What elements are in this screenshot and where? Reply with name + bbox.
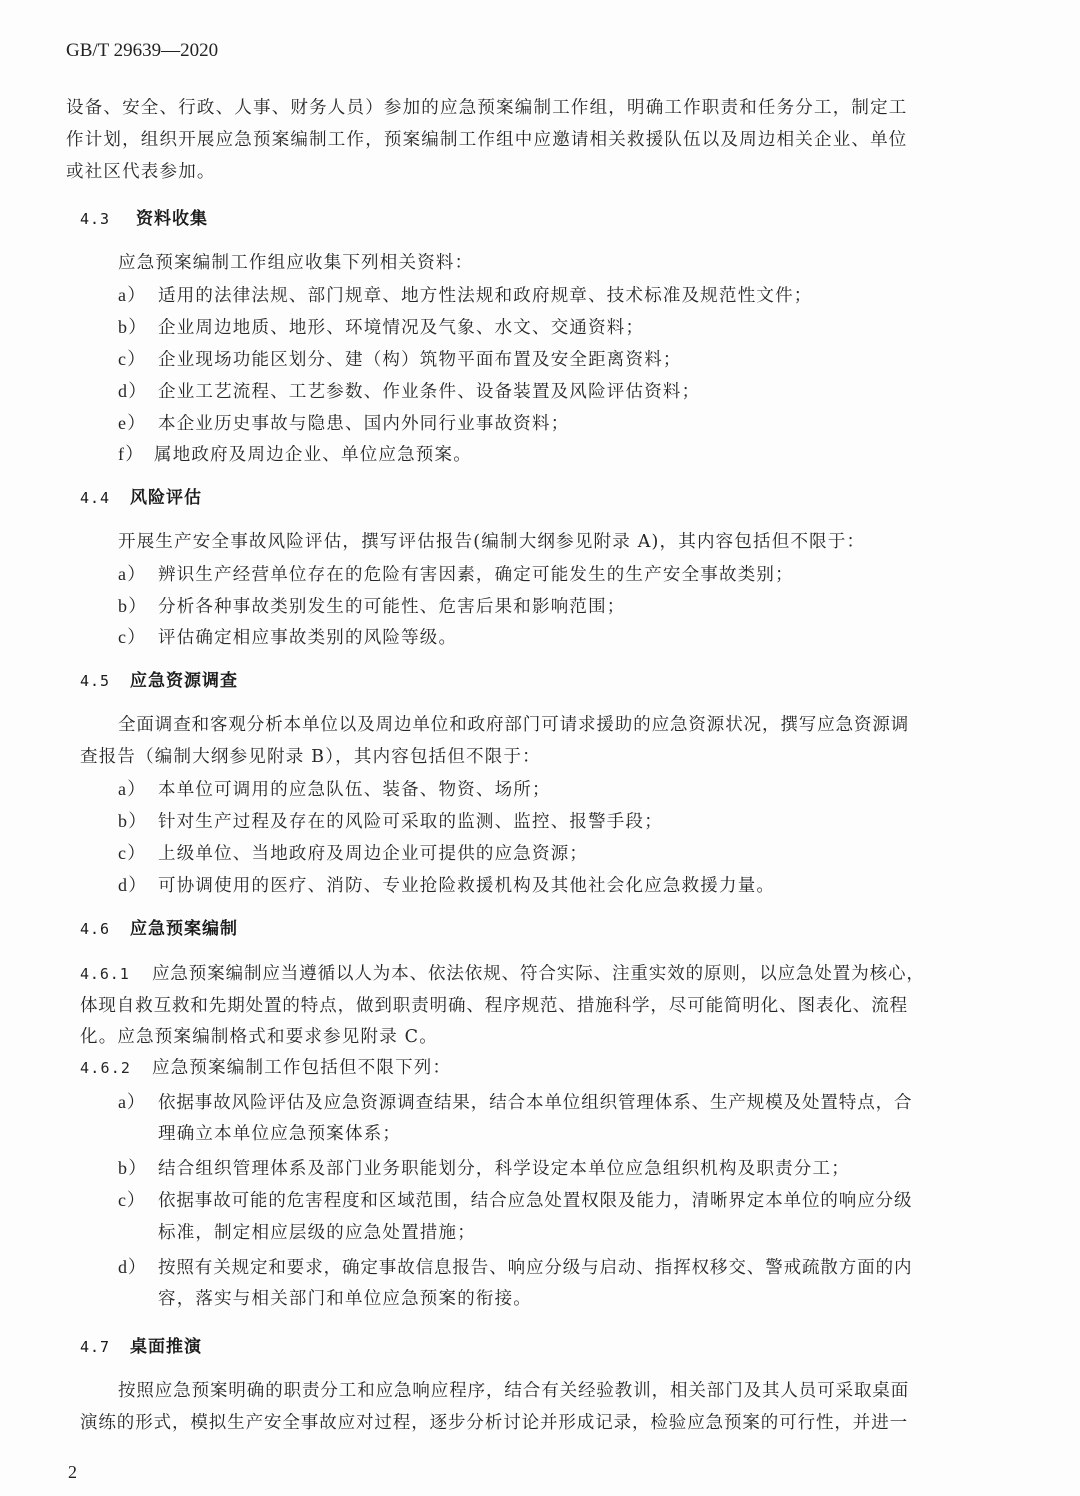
section-number: 4.6 bbox=[80, 920, 130, 938]
section-title: 应急资源调查 bbox=[130, 671, 238, 691]
list-item: a）适用的法律法规、部门规章、地方性法规和政府规章、技术标准及规范性文件； bbox=[118, 281, 813, 307]
list-item: c）依据事故可能的危害程度和区域范围，结合应急处置权限及能力，清晰界定本单位的响… bbox=[118, 1186, 912, 1212]
list-item: b）分析各种事故类别发生的可能性、危害后果和影响范围； bbox=[118, 592, 626, 618]
subclause-number: 4.6.2 bbox=[80, 1059, 152, 1077]
list-item-continuation: 标准，制定相应层级的应急处置措施； bbox=[158, 1219, 476, 1244]
page-number: 2 bbox=[68, 1462, 77, 1483]
list-item: c）评估确定相应事故类别的风险等级。 bbox=[118, 623, 457, 649]
section-heading-4-3: 4.3资料收集 bbox=[80, 204, 208, 229]
section-4-7-line-1: 按照应急预案明确的职责分工和应急响应程序，结合有关经验教训，相关部门及其人员可采… bbox=[118, 1377, 909, 1402]
section-title: 桌面推演 bbox=[130, 1337, 202, 1357]
list-item: a）辨识生产经营单位存在的危险有害因素，确定可能发生的生产安全事故类别； bbox=[118, 560, 794, 586]
section-4-5-lead-line-1: 全面调查和客观分析本单位以及周边单位和政府部门可请求援助的应急资源状况，撰写应急… bbox=[118, 711, 909, 736]
subclause-4-6-1-line-2: 体现自救互救和先期处置的特点，做到职责明确、程序规范、措施科学，尽可能简明化、图… bbox=[80, 992, 908, 1017]
list-item: a）本单位可调用的应急队伍、装备、物资、场所； bbox=[118, 775, 551, 801]
section-number: 4.3 bbox=[80, 210, 136, 228]
list-item: e）本企业历史事故与隐患、国内外同行业事故资料； bbox=[118, 409, 569, 435]
list-item: f）属地政府及周边企业、单位应急预案。 bbox=[118, 440, 472, 466]
section-title: 风险评估 bbox=[130, 488, 202, 508]
section-heading-4-4: 4.4风险评估 bbox=[80, 483, 202, 508]
section-heading-4-7: 4.7桌面推演 bbox=[80, 1332, 202, 1357]
section-title: 资料收集 bbox=[136, 209, 208, 229]
subclause-4-6-1-line-3: 化。应急预案编制格式和要求参见附录 C。 bbox=[80, 1023, 438, 1048]
list-item: b）企业周边地质、地形、环境情况及气象、水文、交通资料； bbox=[118, 313, 644, 339]
list-item-continuation: 容，落实与相关部门和单位应急预案的衔接。 bbox=[158, 1285, 532, 1310]
list-item: b）结合组织管理体系及部门业务职能划分，科学设定本单位应急组织机构及职责分工； bbox=[118, 1154, 850, 1180]
list-item-continuation: 理确立本单位应急预案体系； bbox=[158, 1120, 401, 1145]
subclause-number: 4.6.1 bbox=[80, 965, 152, 983]
section-4-4-lead: 开展生产安全事故风险评估，撰写评估报告(编制大纲参见附录 A)，其内容包括但不限… bbox=[118, 528, 865, 553]
section-number: 4.5 bbox=[80, 672, 130, 690]
list-item: c）企业现场功能区划分、建（构）筑物平面布置及安全距离资料； bbox=[118, 345, 682, 371]
standard-code: GB/T 29639—2020 bbox=[66, 40, 218, 62]
list-item: b）针对生产过程及存在的风险可采取的监测、监控、报警手段； bbox=[118, 807, 663, 833]
section-heading-4-5: 4.5应急资源调查 bbox=[80, 666, 238, 691]
intro-line-2: 作计划，组织开展应急预案编制工作，预案编制工作组中应邀请相关救援队伍以及周边相关… bbox=[66, 126, 908, 151]
section-number: 4.7 bbox=[80, 1338, 130, 1356]
list-item: a）依据事故风险评估及应急资源调查结果，结合本单位组织管理体系、生产规模及处置特… bbox=[118, 1088, 912, 1114]
intro-line-3: 或社区代表参加。 bbox=[66, 158, 216, 183]
intro-line-1: 设备、安全、行政、人事、财务人员）参加的应急预案编制工作组，明确工作职责和任务分… bbox=[66, 94, 908, 119]
list-item: c）上级单位、当地政府及周边企业可提供的应急资源； bbox=[118, 839, 588, 865]
subclause-4-6-1: 4.6.1应急预案编制应当遵循以人为本、依法依规、符合实际、注重实效的原则，以应… bbox=[80, 960, 925, 985]
section-number: 4.4 bbox=[80, 489, 130, 507]
list-item: d）可协调使用的医疗、消防、专业抢险救援机构及其他社会化应急救援力量。 bbox=[118, 871, 775, 897]
section-4-3-lead: 应急预案编制工作组应收集下列相关资料： bbox=[118, 249, 473, 274]
subclause-4-6-2: 4.6.2应急预案编制工作包括但不限下列： bbox=[80, 1054, 451, 1079]
section-title: 应急预案编制 bbox=[130, 919, 238, 939]
section-4-7-line-2: 演练的形式，模拟生产安全事故应对过程，逐步分析讨论并形成记录，检验应急预案的可行… bbox=[80, 1409, 908, 1434]
list-item: d）按照有关规定和要求，确定事故信息报告、响应分级与启动、指挥权移交、警戒疏散方… bbox=[118, 1253, 912, 1279]
section-heading-4-6: 4.6应急预案编制 bbox=[80, 914, 238, 939]
section-4-5-lead-line-2: 查报告（编制大纲参见附录 B），其内容包括但不限于： bbox=[80, 743, 541, 768]
document-page: GB/T 29639—2020 设备、安全、行政、人事、财务人员）参加的应急预案… bbox=[0, 0, 1080, 1496]
list-item: d）企业工艺流程、工艺参数、作业条件、设备装置及风险评估资料； bbox=[118, 377, 700, 403]
